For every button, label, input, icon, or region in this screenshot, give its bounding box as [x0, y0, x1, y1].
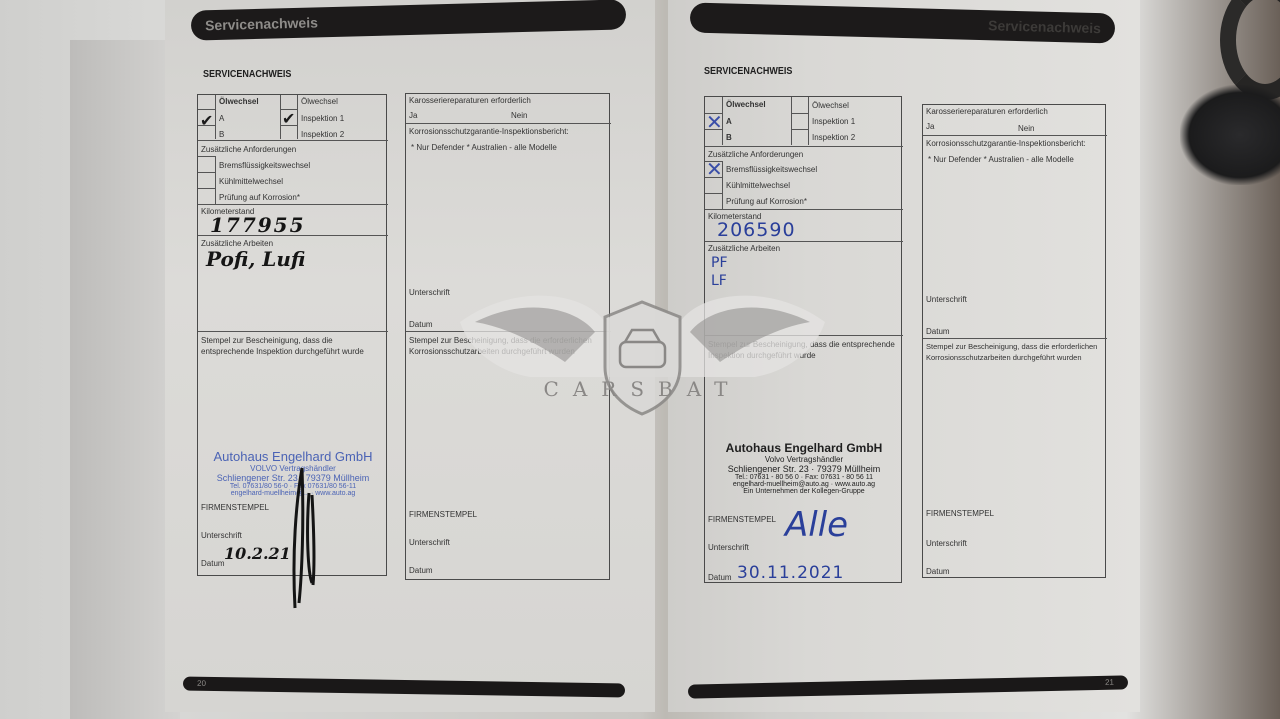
dealer-stamp: Autohaus Engelhard GmbH Volvo Vertragshä…: [705, 441, 903, 495]
brake-fluid-label: Bremsflüssigkeitswechsel: [219, 161, 310, 170]
corrosion-signature-label-2: Unterschrift: [926, 539, 967, 548]
dealer-phone: Tel.: 07631 - 80 56 0 · Fax: 07631 - 80 …: [705, 474, 903, 481]
corrosion-signature-label: Unterschrift: [926, 295, 967, 304]
date-label: Datum: [201, 559, 225, 568]
inspection-oil-label: Ölwechsel: [812, 101, 849, 110]
date-label: Datum: [708, 573, 732, 582]
mileage-value: 206590: [717, 219, 796, 241]
service-box: Ölwechsel ✔ A B Ölwechsel ✔ Inspektion 1…: [197, 94, 387, 576]
coolant-label: Kühlmittelwechsel: [726, 181, 790, 190]
corrosion-firm-stamp-label: FIRMENSTEMPEL: [409, 510, 477, 519]
page-header-title: Servicenachweis: [205, 14, 318, 33]
body-repairs-no[interactable]: Nein: [511, 111, 527, 120]
page-header-title: Servicenachweis: [988, 17, 1101, 36]
corrosion-box: Karosseriereparaturen erforderlich Ja Ne…: [922, 104, 1106, 578]
body-repairs-yes[interactable]: Ja: [926, 122, 934, 131]
inspection-oil-label: Ölwechsel: [301, 97, 338, 106]
corrosion-date-label: Datum: [409, 320, 433, 329]
corrosion-report-label: Korrosionsschutzgarantie-Inspektionsberi…: [926, 139, 1086, 148]
corrosion-firm-stamp-label: FIRMENSTEMPEL: [926, 509, 994, 518]
oil-option-a-label: A: [726, 117, 732, 126]
signature-label: Unterschrift: [201, 531, 242, 540]
checkbox-oil-a[interactable]: ✔: [200, 111, 213, 131]
oil-option-a-label: A: [219, 114, 224, 123]
checkbox-brake-fluid[interactable]: ✕: [706, 157, 723, 182]
page-left: Servicenachweis SERVICENACHWEIS Ölwechse…: [165, 0, 655, 712]
brake-fluid-label: Bremsflüssigkeitswechsel: [726, 165, 817, 174]
dealer-name: Autohaus Engelhard GmbH: [705, 441, 903, 455]
body-repairs-no[interactable]: Nein: [1018, 124, 1034, 133]
dealer-name: Autohaus Engelhard GmbH: [198, 449, 388, 464]
additional-requirements-label: Zusätzliche Anforderungen: [201, 145, 296, 154]
stamp-caption: Stempel zur Bescheinigung, dass die ents…: [708, 339, 898, 361]
background-object: [1180, 85, 1280, 185]
firm-stamp-label: FIRMENSTEMPEL: [708, 515, 776, 524]
corrosion-stamp-caption: Stempel zur Bescheinigung, dass die erfo…: [926, 341, 1106, 363]
date-value: 10.2.21: [224, 544, 291, 563]
corrosion-signature-label-2: Unterschrift: [409, 538, 450, 547]
body-repairs-label: Karosseriereparaturen erforderlich: [409, 96, 531, 105]
dealer-address: Schliengener Str. 23 · 79379 Müllheim: [705, 464, 903, 474]
corrosion-check-label: Prüfung auf Korrosion*: [219, 193, 300, 202]
corrosion-report-note: * Nur Defender * Australien - alle Model…: [928, 155, 1074, 164]
additional-work-line-1: PF: [711, 255, 728, 271]
corrosion-check-label: Prüfung auf Korrosion*: [726, 197, 807, 206]
dealer-group: Ein Unternehmen der Kollegen-Gruppe: [705, 488, 903, 495]
inspection-1-label: Inspektion 1: [812, 117, 855, 126]
date-value: 30.11.2021: [737, 563, 844, 583]
booklet-edge: [70, 40, 180, 719]
page-number: 20: [197, 679, 206, 688]
checkbox-inspection-1[interactable]: ✔: [282, 109, 295, 129]
checkbox-oil-a[interactable]: ✕: [706, 110, 723, 135]
corrosion-report-label: Korrosionsschutzgarantie-Inspektionsberi…: [409, 127, 569, 136]
oil-change-label: Ölwechsel: [726, 100, 766, 109]
inspection-2-label: Inspektion 2: [301, 130, 344, 139]
corrosion-signature-label: Unterschrift: [409, 288, 450, 297]
oil-change-label: Ölwechsel: [219, 97, 259, 106]
page-right: Servicenachweis SERVICENACHWEIS Ölwechse…: [668, 0, 1140, 712]
inspection-2-label: Inspektion 2: [812, 133, 855, 142]
corrosion-date-label-2: Datum: [926, 567, 950, 576]
inspection-1-label: Inspektion 1: [301, 114, 344, 123]
service-box: Ölwechsel ✕ A B Ölwechsel Inspektion 1 I…: [704, 96, 902, 583]
mileage-value: 177955: [210, 213, 306, 237]
oil-option-b-label: B: [726, 133, 732, 142]
section-title: SERVICENACHWEIS: [704, 66, 792, 77]
corrosion-box: Karosseriereparaturen erforderlich Ja Ne…: [405, 93, 610, 580]
page-footer-bar: 20: [183, 677, 625, 698]
body-repairs-yes[interactable]: Ja: [409, 111, 417, 120]
page-footer-bar: 21: [688, 675, 1128, 698]
dealer-subtitle: Volvo Vertragshändler: [705, 455, 903, 464]
additional-work-value: Pofi, Lufi: [206, 247, 305, 271]
page-header-bar: Servicenachweis: [191, 0, 627, 41]
page-header-bar: Servicenachweis: [690, 2, 1116, 43]
corrosion-report-note: * Nur Defender * Australien - alle Model…: [411, 143, 557, 152]
corrosion-date-label: Datum: [926, 327, 950, 336]
coolant-label: Kühlmittelwechsel: [219, 177, 283, 186]
signature-scribble: [290, 463, 320, 613]
body-repairs-label: Karosseriereparaturen erforderlich: [926, 107, 1048, 116]
section-title: SERVICENACHWEIS: [203, 69, 291, 80]
signature-value: Alle: [785, 505, 848, 545]
dealer-web: engelhard-muellheim@auto.ag · www.auto.a…: [705, 481, 903, 488]
additional-work-line-2: LF: [711, 273, 727, 289]
signature-label: Unterschrift: [708, 543, 749, 552]
stamp-caption: Stempel zur Bescheinigung, dass die ents…: [201, 335, 381, 357]
corrosion-date-label-2: Datum: [409, 566, 433, 575]
firm-stamp-label: FIRMENSTEMPEL: [201, 503, 269, 512]
page-number: 21: [1105, 678, 1114, 687]
oil-option-b-label: B: [219, 130, 224, 139]
corrosion-stamp-caption: Stempel zur Bescheinigung, dass die erfo…: [409, 335, 609, 357]
additional-work-label: Zusätzliche Arbeiten: [708, 244, 780, 253]
